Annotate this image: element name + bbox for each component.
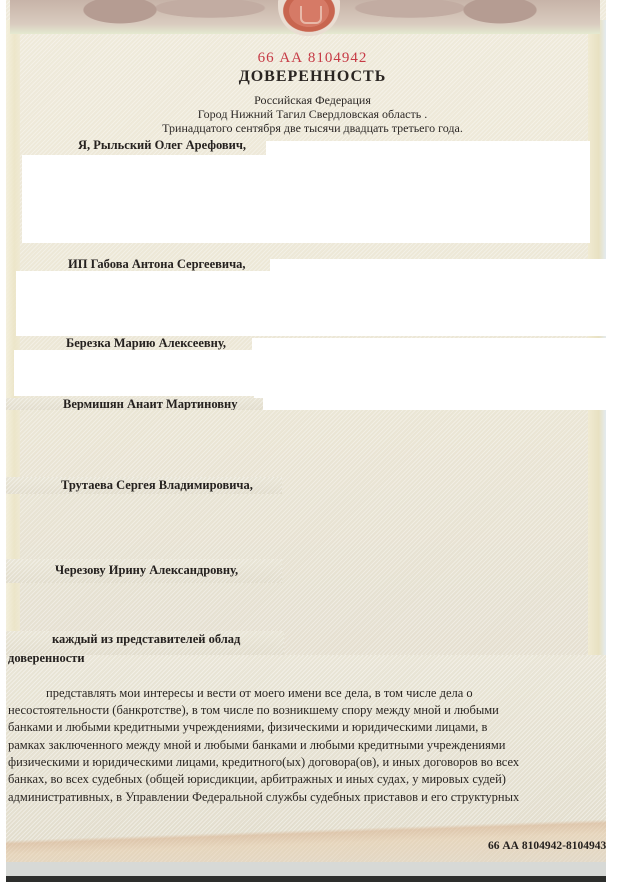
representative-name: Черезову Ирину Александровну, — [55, 563, 238, 578]
representative-name: Березка Марию Алексеевну, — [66, 336, 226, 351]
body-line: представлять мои интересы и вести от мое… — [8, 685, 606, 703]
redaction-block — [270, 259, 606, 271]
authority-continuation: доверенности — [8, 651, 85, 666]
redaction-block — [22, 155, 590, 243]
document-title: ДОВЕРЕННОСТЬ — [0, 68, 625, 86]
redaction-block — [16, 271, 606, 336]
representative-name: Трутаева Сергея Владимировича, — [61, 478, 253, 493]
document-strip: Вермишян Анаит Мартиновну — [6, 398, 263, 410]
principal-name: Я, Рыльский Олег Арефович, — [78, 138, 246, 153]
background-surface — [6, 876, 606, 882]
body-line: административных, в Управлении Федеральн… — [8, 789, 606, 807]
header-country: Российская Федерация — [0, 93, 625, 108]
representative-name: Вермишян Анаит Мартиновну — [63, 398, 237, 410]
body-line: несостоятельности (банкротстве), в том ч… — [8, 702, 606, 720]
redaction-block — [266, 141, 590, 155]
decorative-wave — [6, 812, 606, 862]
body-line: физическими и юридическими лицами, креди… — [8, 754, 606, 772]
header-date: Тринадцатого сентября две тысячи двадцат… — [0, 121, 625, 136]
authority-line: каждый из представителей облад — [52, 632, 240, 647]
document-number: 66 АА 8104942 — [0, 50, 625, 67]
document-strip: Трутаева Сергея Владимировича, — [6, 477, 282, 494]
body-line: рамках заключенного между мной и любыми … — [8, 737, 606, 755]
redaction-block — [252, 338, 606, 350]
redaction-block — [14, 350, 254, 396]
paper-bottom-edge — [6, 862, 606, 876]
document-strip: Черезову Ирину Александровну, — [6, 559, 282, 583]
header-city: Город Нижний Тагил Свердловская область … — [0, 107, 625, 122]
representative-name: ИП Габова Антона Сергеевича, — [68, 257, 246, 272]
body-line: банках, во всех судебных (общей юрисдикц… — [8, 771, 606, 789]
footer-number: 66 АА 8104942-8104943 — [488, 840, 606, 852]
redaction-block — [254, 350, 606, 410]
body-line: банками и любыми кредитными учреждениями… — [8, 719, 606, 737]
